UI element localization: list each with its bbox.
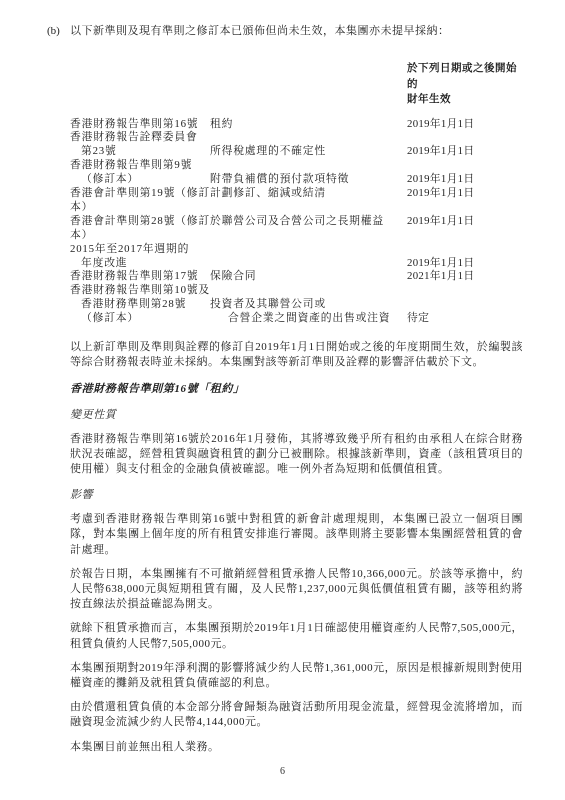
section-subheading: 影響 (70, 488, 523, 503)
effective-date-header-line: 財年生效 (407, 92, 523, 108)
standard-name-cell: 2015年至2017年週期的 (70, 243, 210, 257)
standard-name-cell: 香港會計準則第19號（修訂本） (70, 187, 210, 215)
standard-name-cell: 香港會計準則第28號（修訂本） (70, 215, 210, 243)
effective-date-cell: 2019年1月1日 (407, 257, 523, 271)
effective-date-cell (407, 243, 523, 257)
standard-name-cell: 香港財務報告詮釋委員會 (70, 131, 210, 145)
standard-subject-cell (210, 243, 407, 257)
standard-subject-cell: 租約 (210, 118, 407, 132)
list-item-marker: (b) (47, 24, 60, 39)
standard-name-cell: 年度改進 (70, 257, 210, 271)
effective-date-cell: 2021年1月1日 (407, 270, 523, 284)
page-number: 6 (0, 766, 565, 777)
standards-table-line: 香港財務報告準則第17號保險合同2021年1月1日 (70, 270, 523, 284)
standard-subject-cell (210, 257, 407, 271)
standards-table-line: 香港財務準則第28號投資者及其聯營公司或 (70, 298, 523, 312)
standard-name-cell: （修訂本） (70, 312, 210, 326)
standards-table-line: （修訂本）附帶負補償的預付款項特徵2019年1月1日 (70, 173, 523, 187)
standards-table: 香港財務報告準則第16號租約2019年1月1日香港財務報告詮釋委員會第23號所得… (70, 118, 523, 327)
standards-table-line: 香港財務報告準則第9號 (70, 159, 523, 173)
body-paragraph: 就餘下租賃承擔而言，本集團預期於2019年1月1日確認使用權資產約人民幣7,50… (70, 621, 523, 651)
standard-subject-cell: 於聯營公司及合營公司之長期權益 (210, 215, 407, 243)
standard-subject-cell: 合營企業之間資產的出售或注資 (210, 312, 407, 326)
effective-date-cell: 2019年1月1日 (407, 215, 523, 243)
content-area: (b) 以下新準則及現有準則之修訂本已頒佈但尚未生效，本集團亦未提早採納： 於下… (70, 24, 523, 755)
standards-table-line: 香港會計準則第19號（修訂本）計劃修訂、縮減或結清2019年1月1日 (70, 187, 523, 215)
section-subheading: 變更性質 (70, 408, 523, 423)
standards-table-line: 年度改進2019年1月1日 (70, 257, 523, 271)
standards-table-line: 香港財務報告詮釋委員會 (70, 131, 523, 145)
body-paragraph: 本集團預期對2019年淨利潤的影響將減少約人民幣1,361,000元，原因是根據… (70, 661, 523, 691)
effective-date-cell (407, 159, 523, 173)
effective-date-cell: 2019年1月1日 (407, 118, 523, 132)
effective-date-cell: 2019年1月1日 (407, 187, 523, 215)
standards-table-line: 2015年至2017年週期的 (70, 243, 523, 257)
intro-row: (b) 以下新準則及現有準則之修訂本已頒佈但尚未生效，本集團亦未提早採納： (70, 24, 523, 39)
standard-name-cell: 香港財務報告準則第17號 (70, 270, 210, 284)
body-paragraph: 於報告日期，本集團擁有不可撤銷經營租賃承擔人民幣10,366,000元。於該等承… (70, 567, 523, 613)
standard-subject-cell: 計劃修訂、縮減或結清 (210, 187, 407, 215)
effective-date-cell: 待定 (407, 312, 523, 326)
standard-name-cell: （修訂本） (70, 173, 210, 187)
standards-table-line: 香港財務報告準則第16號租約2019年1月1日 (70, 118, 523, 132)
effective-date-cell (407, 298, 523, 312)
standard-subject-cell: 保險合同 (210, 270, 407, 284)
document-page: (b) 以下新準則及現有準則之修訂本已頒佈但尚未生效，本集團亦未提早採納： 於下… (0, 0, 565, 800)
standard-subject-cell: 投資者及其聯營公司或 (210, 298, 407, 312)
body-paragraph: 以上新訂準則及準則與詮釋的修訂自2019年1月1日開始或之後的年度期間生效，於編… (70, 340, 523, 370)
standards-table-line: 香港會計準則第28號（修訂本）於聯營公司及合營公司之長期權益2019年1月1日 (70, 215, 523, 243)
body-paragraph: 香港財務報告準則第16號於2016年1月發佈，其將導致幾乎所有租約由承租人在綜合… (70, 432, 523, 478)
effective-date-cell (407, 131, 523, 145)
standard-subject-cell: 所得稅處理的不確定性 (210, 145, 407, 159)
body-paragraph: 由於償還租賃負債的本金部分將會歸類為融資活動所用現金流量，經營現金流將增加，而融… (70, 700, 523, 730)
intro-text: 以下新準則及現有準則之修訂本已頒佈但尚未生效，本集團亦未提早採納： (70, 25, 450, 37)
effective-date-header-line: 於下列日期或之後開始的 (407, 61, 523, 92)
standard-subject-cell: 附帶負補償的預付款項特徵 (210, 173, 407, 187)
standard-name-cell: 香港財務準則第28號 (70, 298, 210, 312)
standard-subject-cell (210, 131, 407, 145)
effective-date-cell: 2019年1月1日 (407, 173, 523, 187)
effective-date-cell: 2019年1月1日 (407, 145, 523, 159)
standards-table-line: 第23號所得稅處理的不確定性2019年1月1日 (70, 145, 523, 159)
standards-table-line: （修訂本）合營企業之間資產的出售或注資待定 (70, 312, 523, 326)
body-paragraph: 考慮到香港財務報告準則第16號中對租賃的新會計處理規則，本集團已設立一個項目團隊… (70, 512, 523, 558)
standard-subject-cell (210, 159, 407, 173)
standard-subject-cell (210, 284, 407, 298)
effective-date-cell (407, 284, 523, 298)
body-sections: 以上新訂準則及準則與詮釋的修訂自2019年1月1日開始或之後的年度期間生效，於編… (70, 340, 523, 755)
standard-name-cell: 香港財務報告準則第16號 (70, 118, 210, 132)
body-paragraph: 本集團目前並無出租人業務。 (70, 740, 523, 755)
standard-name-cell: 香港財務報告準則第9號 (70, 159, 210, 173)
standard-name-cell: 香港財務報告準則第10號及 (70, 284, 210, 298)
standard-heading: 香港財務報告準則第16號「租約」 (70, 382, 523, 397)
standards-table-line: 香港財務報告準則第10號及 (70, 284, 523, 298)
effective-date-column-header: 於下列日期或之後開始的財年生效 (407, 61, 523, 108)
standard-name-cell: 第23號 (70, 145, 210, 159)
